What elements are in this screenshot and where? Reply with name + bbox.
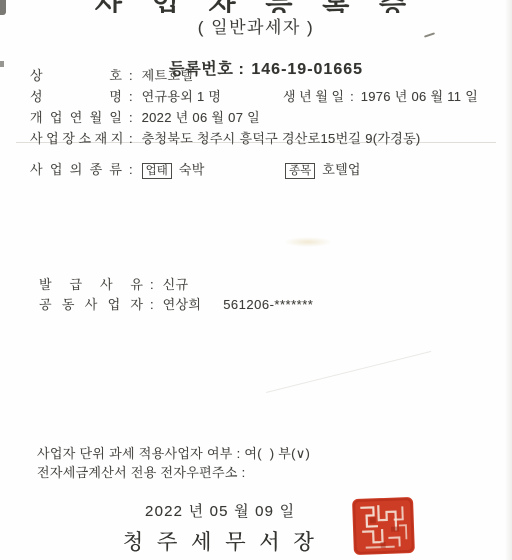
opening-date-label: 개 업 연 월 일 xyxy=(30,107,122,126)
scan-wrinkle-line xyxy=(266,351,431,393)
owner-name-label: 성 명 xyxy=(30,86,122,105)
field-row-issue-reason: 발 급 사 유 : 신규 xyxy=(39,274,188,293)
issue-reason-label: 발 급 사 유 xyxy=(39,274,143,293)
opening-date-value: 2022 년 06 월 07 일 xyxy=(142,107,260,126)
field-row-business-address: 사 업 장 소 재 지 : 충청북도 청주시 흥덕구 경산로15번길 9(가경동… xyxy=(30,128,421,147)
field-row-business-kind: 사 업 의 종 류 : 업태 숙박 종목 호텔업 xyxy=(30,159,205,179)
business-type-tag-box: 업태 xyxy=(142,163,172,179)
taxpayer-type-subtitle: ( 일반과세자 ) xyxy=(0,13,512,38)
field-row-owner-name: 성 명 : 연규용외 1 명 xyxy=(30,86,221,105)
field-row-opening-date: 개 업 연 월 일 : 2022 년 06 월 07 일 xyxy=(30,107,260,126)
unit-taxation-line: 사업자 단위 과세 적용사업자 여부 : 여( ) 부(∨) xyxy=(37,443,310,462)
birth-date-value: 1976 년 06 월 11 일 xyxy=(361,86,478,105)
business-kind-label: 사 업 의 종 류 xyxy=(30,159,122,178)
colon: : xyxy=(150,277,154,292)
colon: : xyxy=(129,68,133,83)
business-item-tag-box: 종목 xyxy=(285,163,315,179)
joint-owner-label: 공 동 사 업 자 xyxy=(39,294,143,313)
colon: : xyxy=(129,162,133,177)
scan-smudge xyxy=(284,237,332,247)
joint-owner-name: 연상희 xyxy=(163,294,202,313)
document-title: 사 업 자 등 록 증 xyxy=(0,0,512,13)
issue-reason-value: 신규 xyxy=(163,274,189,293)
colon: : xyxy=(150,297,154,312)
business-registration-certificate: 사 업 자 등 록 증 ( 일반과세자 ) 등록번호 :146-19-01665… xyxy=(0,0,512,560)
business-address-label: 사 업 장 소 재 지 xyxy=(30,128,122,147)
business-item-value: 호텔업 xyxy=(322,159,361,178)
e-invoice-email-line: 전자세금계산서 전용 전자우편주소 : xyxy=(37,462,246,481)
trade-name-label: 상 호 xyxy=(30,65,122,84)
official-seal-stamp-icon xyxy=(349,495,419,559)
colon: : xyxy=(129,89,133,104)
colon: : xyxy=(129,110,133,125)
colon: : xyxy=(129,131,133,146)
field-row-trade-name: 상 호 : 제트호텔 xyxy=(30,65,193,84)
joint-owner-masked-id: 561206-******* xyxy=(223,297,313,312)
field-row-joint-owner: 공 동 사 업 자 : 연상희 561206-******* xyxy=(39,294,313,313)
birth-date-label: 생 년 월 일 xyxy=(283,86,344,105)
registration-number: 146-19-01665 xyxy=(251,61,363,78)
business-item-group: 종목 호텔업 xyxy=(285,159,361,179)
document-title-clip: 사 업 자 등 록 증 xyxy=(0,0,512,13)
owner-name-value: 연규용외 1 명 xyxy=(142,86,222,105)
business-type-value: 숙박 xyxy=(179,159,205,178)
colon: : xyxy=(350,89,354,104)
business-address-value: 충청북도 청주시 흥덕구 경산로15번길 9(가경동) xyxy=(142,128,421,147)
field-birth-date: 생 년 월 일 : 1976 년 06 월 11 일 xyxy=(283,86,478,105)
trade-name-value: 제트호텔 xyxy=(142,65,193,84)
